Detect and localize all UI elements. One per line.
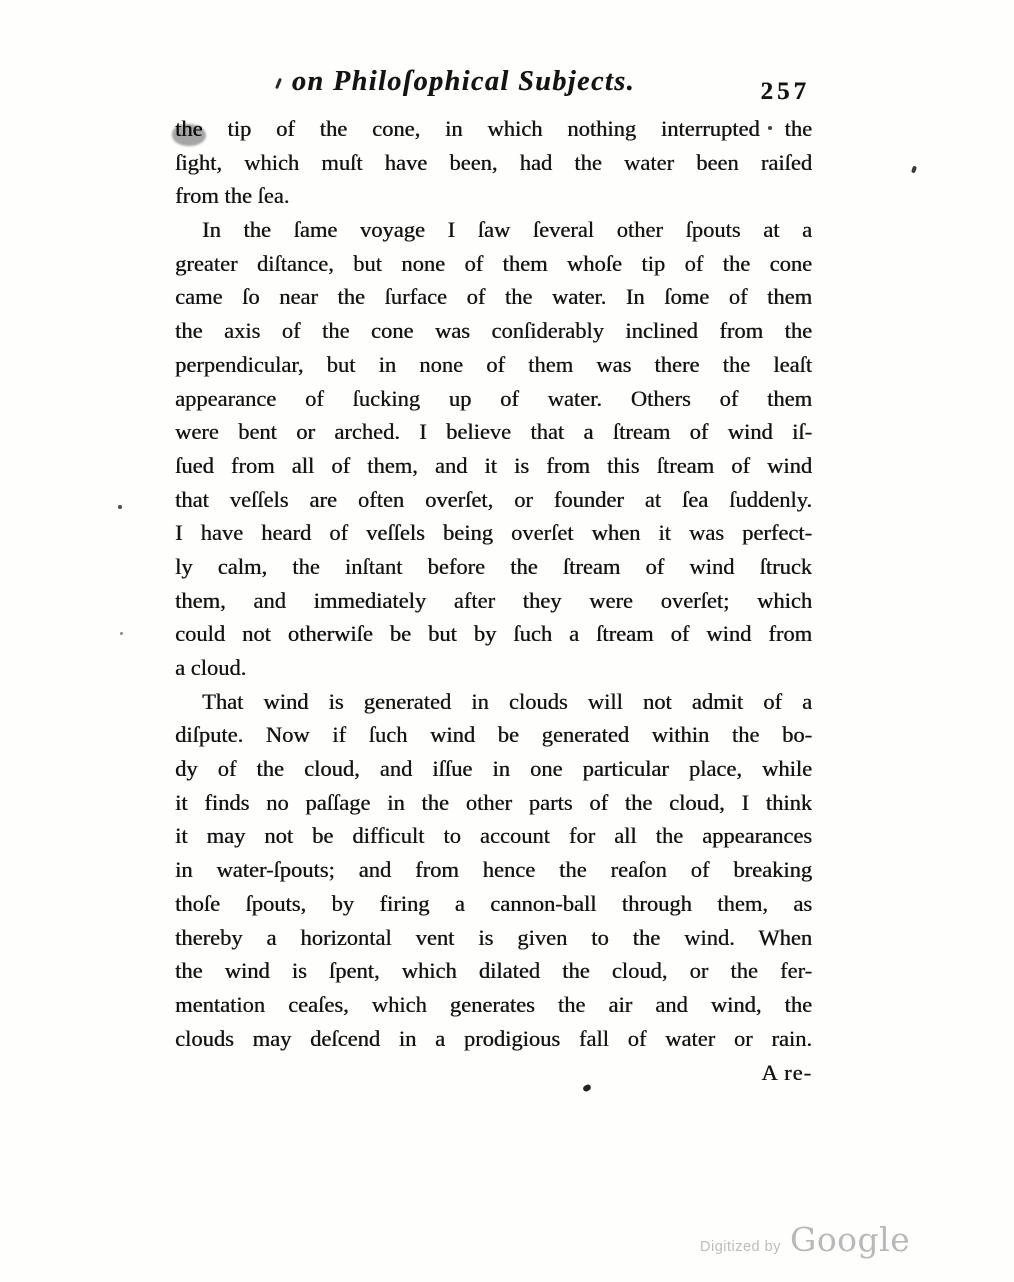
text-line: clouds may deſcend in a prodigious fall … [175, 1022, 812, 1056]
text-line: could not otherwiſe be but by ſuch a ſtr… [175, 617, 812, 651]
text-line: thoſe ſpouts, by firing a cannon-ball th… [175, 887, 812, 921]
text-line: ly calm, the inſtant before the ſtream o… [175, 550, 812, 584]
paragraph-3: That wind is generated in clouds will no… [175, 685, 812, 1056]
scan-speck [768, 126, 772, 130]
text-line: mentation ceaſes, which generates the ai… [175, 988, 812, 1022]
text-line: appearance of ſucking up of water. Other… [175, 382, 812, 416]
text-line: ſued from all of them, and it is from th… [175, 449, 812, 483]
text-line: ſight, which muſt have been, had the wat… [175, 146, 812, 180]
scan-speck [118, 505, 122, 509]
text-line: That wind is generated in clouds will no… [175, 685, 812, 719]
ink-blot [172, 124, 206, 146]
text-line: that veſſels are often overſet, or found… [175, 483, 812, 517]
paragraph-1: the tip of the cone, in which nothing in… [175, 112, 812, 213]
text-line: it may not be difficult to account for a… [175, 819, 812, 853]
catchword: A re- [175, 1055, 812, 1091]
text-line: it finds no paſſage in the other parts o… [175, 786, 812, 820]
book-page-scan: on Philoſophical Subjects. 257 the tip o… [0, 0, 1014, 1282]
page-number: 257 [761, 78, 811, 106]
text-line: from the ſea. [175, 179, 812, 213]
body-text: the tip of the cone, in which nothing in… [175, 112, 812, 1091]
text-line: the wind is ſpent, which dilated the clo… [175, 954, 812, 988]
scan-speck [120, 632, 123, 635]
text-line: diſpute. Now if ſuch wind be generated w… [175, 718, 812, 752]
google-logo: Google [790, 1220, 910, 1259]
scan-speck [911, 166, 917, 174]
text-line: perpendicular, but in none of them was t… [175, 348, 812, 382]
text-line: the tip of the cone, in which nothing in… [175, 112, 812, 146]
text-line: thereby a horizontal vent is given to th… [175, 921, 812, 955]
digitized-by-label: Digitized by [700, 1239, 781, 1255]
text-line: dy of the cloud, and iſſue in one partic… [175, 752, 812, 786]
running-head: on Philoſophical Subjects. 257 [175, 64, 812, 114]
text-line: in water-ſpouts; and from hence the reaſ… [175, 853, 812, 887]
text-line: In the ſame voyage I ſaw ſeveral other ſ… [175, 213, 812, 247]
text-line: greater diſtance, but none of them whoſe… [175, 247, 812, 281]
text-line: came ſo near the ſurface of the water. I… [175, 280, 812, 314]
text-line: I have heard of veſſels being overſet wh… [175, 516, 812, 550]
digitization-watermark: Digitized by Google [700, 1220, 910, 1259]
text-line: the axis of the cone was conſiderably in… [175, 314, 812, 348]
running-title: on Philoſophical Subjects. [175, 66, 752, 98]
text-line: were bent or arched. I believe that a ſt… [175, 415, 812, 449]
paragraph-2: In the ſame voyage I ſaw ſeveral other ſ… [175, 213, 812, 685]
text-line: a cloud. [175, 651, 812, 685]
text-line: them, and immediately after they were ov… [175, 584, 812, 618]
